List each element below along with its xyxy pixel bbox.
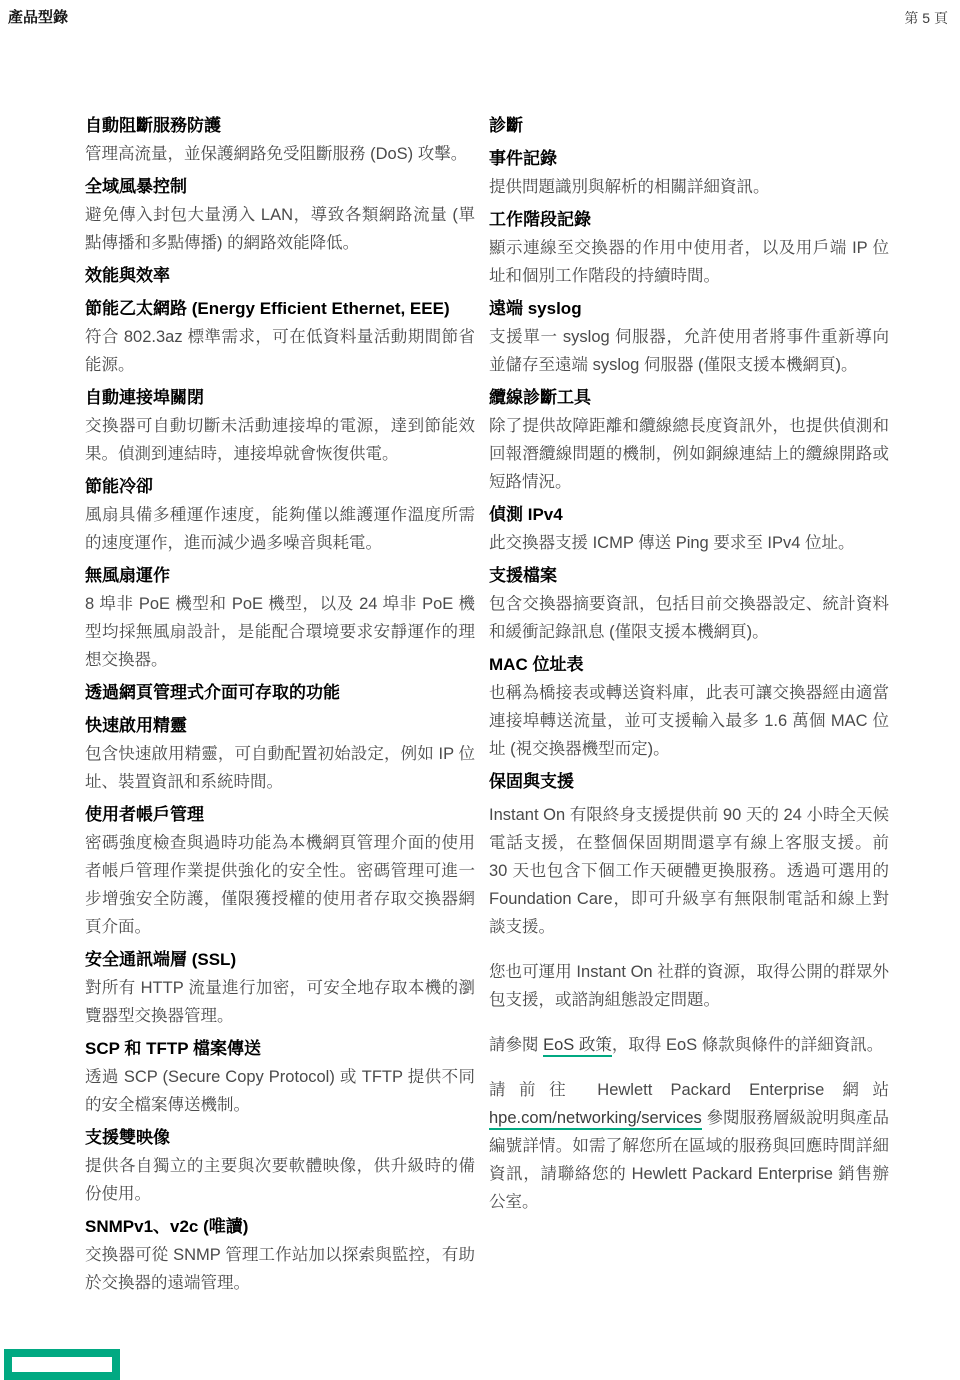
feature-heading: 事件記錄 [489,145,889,173]
feature-body: 密碼強度檢查與過時功能為本機網頁管理介面的使用者帳戶管理作業提供強化的安全性。密… [85,829,475,941]
feature-heading: 自動阻斷服務防護 [85,112,475,140]
section-heading: 保固與支援 [489,768,889,796]
feature-heading: 使用者帳戶管理 [85,801,475,829]
feature-heading: 全域風暴控制 [85,173,475,201]
feature-block: 節能冷卻 風扇具備多種運作速度，能夠僅以維護運作溫度所需的速度運作，進而減少過多… [85,473,475,557]
feature-block: 安全通訊端層 (SSL) 對所有 HTTP 流量進行加密，可安全地存取本機的瀏覽… [85,946,475,1030]
feature-heading: MAC 位址表 [489,651,889,679]
feature-body: 交換器可自動切斷未活動連接埠的電源，達到節能效果。偵測到連結時，連接埠就會恢復供… [85,412,475,468]
eos-suffix: ，取得 EoS 條款與條件的詳細資訊。 [612,1036,883,1054]
feature-heading: 自動連接埠關閉 [85,384,475,412]
feature-body: 也稱為橋接表或轉送資料庫，此表可讓交換器經由適當連接埠轉送流量，並可支援輸入最多… [489,679,889,763]
section-heading: 診斷 [489,112,889,140]
feature-block: 偵測 IPv4 此交換器支援 ICMP 傳送 Ping 要求至 IPv4 位址。 [489,501,889,557]
feature-block: 無風扇運作 8 埠非 PoE 機型和 PoE 機型，以及 24 埠非 PoE 機… [85,562,475,674]
feature-block: 全域風暴控制 避免傳入封包大量湧入 LAN，導致各類網路流量 (單點傳播和多點傳… [85,173,475,257]
feature-block: 工作階段記錄 顯示連線至交換器的作用中使用者，以及用戶端 IP 位址和個別工作階… [489,206,889,290]
eos-policy-link[interactable]: EoS 政策 [543,1036,612,1057]
feature-heading: 遠端 syslog [489,295,889,323]
feature-heading: 支援雙映像 [85,1124,475,1152]
feature-block: SCP 和 TFTP 檔案傳送 透過 SCP (Secure Copy Prot… [85,1035,475,1119]
feature-block: 自動連接埠關閉 交換器可自動切斷未活動連接埠的電源，達到節能效果。偵測到連結時，… [85,384,475,468]
feature-heading: 快速啟用精靈 [85,712,475,740]
feature-block: 支援檔案 包含交換器摘要資訊，包括目前交換器設定、統計資料和緩衝記錄訊息 (僅限… [489,562,889,646]
feature-heading: 工作階段記錄 [489,206,889,234]
feature-heading: 支援檔案 [489,562,889,590]
feature-block: 支援雙映像 提供各自獨立的主要與次要軟體映像，供升級時的備份使用。 [85,1124,475,1208]
feature-body: 對所有 HTTP 流量進行加密，可安全地存取本機的瀏覽器型交換器管理。 [85,974,475,1030]
section-heading: 透過網頁管理式介面可存取的功能 [85,679,475,707]
hpe-logo [4,1349,120,1380]
eos-paragraph: 請參閱 EoS 政策，取得 EoS 條款與條件的詳細資訊。 [489,1031,889,1059]
feature-block: 自動阻斷服務防護 管理高流量，並保護網路免受阻斷服務 (DoS) 攻擊。 [85,112,475,168]
feature-block: 使用者帳戶管理 密碼強度檢查與過時功能為本機網頁管理介面的使用者帳戶管理作業提供… [85,801,475,941]
feature-body: 包含交換器摘要資訊，包括目前交換器設定、統計資料和緩衝記錄訊息 (僅限支援本機網… [489,590,889,646]
feature-block: 遠端 syslog 支援單一 syslog 伺服器，允許使用者將事件重新導向並儲… [489,295,889,379]
feature-block: 快速啟用精靈 包含快速啟用精靈，可自動配置初始設定，例如 IP 位址、裝置資訊和… [85,712,475,796]
right-column: 診斷 事件記錄 提供問題識別與解析的相關詳細資訊。 工作階段記錄 顯示連線至交換… [489,112,889,1233]
feature-body: 風扇具備多種運作速度，能夠僅以維護運作溫度所需的速度運作，進而減少過多噪音與耗電… [85,501,475,557]
hpe-website-paragraph: 請前往 Hewlett Packard Enterprise 網站 hpe.co… [489,1076,889,1216]
feature-heading: SNMPv1、v2c (唯讀) [85,1213,475,1241]
section-heading: 效能與效率 [85,262,475,290]
feature-body: 此交換器支援 ICMP 傳送 Ping 要求至 IPv4 位址。 [489,529,889,557]
hpe-networking-services-link[interactable]: hpe.com/networking/services [489,1109,702,1130]
feature-body: 透過 SCP (Secure Copy Protocol) 或 TFTP 提供不… [85,1063,475,1119]
feature-heading: SCP 和 TFTP 檔案傳送 [85,1035,475,1063]
eos-prefix: 請參閱 [489,1036,543,1054]
left-column: 自動阻斷服務防護 管理高流量，並保護網路免受阻斷服務 (DoS) 攻擊。 全域風… [85,112,475,1302]
feature-block: MAC 位址表 也稱為橋接表或轉送資料庫，此表可讓交換器經由適當連接埠轉送流量，… [489,651,889,763]
feature-body: 提供各自獨立的主要與次要軟體映像，供升級時的備份使用。 [85,1152,475,1208]
doc-title: 產品型錄 [8,6,68,27]
feature-body: 除了提供故障距離和纜線總長度資訊外，也提供偵測和回報潛纜線問題的機制，例如銅線連… [489,412,889,496]
feature-heading: 無風扇運作 [85,562,475,590]
feature-block: 事件記錄 提供問題識別與解析的相關詳細資訊。 [489,145,889,201]
feature-body: 交換器可從 SNMP 管理工作站加以探索與監控，有助於交換器的遠端管理。 [85,1241,475,1297]
feature-heading: 安全通訊端層 (SSL) [85,946,475,974]
feature-heading: 節能冷卻 [85,473,475,501]
hpe-website-prefix: 請前往 Hewlett Packard Enterprise 網站 [489,1081,889,1099]
feature-body: 提供問題識別與解析的相關詳細資訊。 [489,173,889,201]
feature-block: SNMPv1、v2c (唯讀) 交換器可從 SNMP 管理工作站加以探索與監控，… [85,1213,475,1297]
feature-block: 纜線診斷工具 除了提供故障距離和纜線總長度資訊外，也提供偵測和回報潛纜線問題的機… [489,384,889,496]
feature-body: 管理高流量，並保護網路免受阻斷服務 (DoS) 攻擊。 [85,140,475,168]
feature-heading: 偵測 IPv4 [489,501,889,529]
feature-block: 節能乙太網路 (Energy Efficient Ethernet, EEE) … [85,295,475,379]
feature-heading: 節能乙太網路 (Energy Efficient Ethernet, EEE) [85,295,475,323]
community-paragraph: 您也可運用 Instant On 社群的資源，取得公開的群眾外包支援，或諮詢組態… [489,958,889,1014]
feature-body: 避免傳入封包大量湧入 LAN，導致各類網路流量 (單點傳播和多點傳播) 的網路效… [85,201,475,257]
page-number: 第 5 頁 [904,8,948,28]
feature-body: 包含快速啟用精靈，可自動配置初始設定，例如 IP 位址、裝置資訊和系統時間。 [85,740,475,796]
feature-heading: 纜線診斷工具 [489,384,889,412]
page-content: 自動阻斷服務防護 管理高流量，並保護網路免受阻斷服務 (DoS) 攻擊。 全域風… [85,112,889,1302]
feature-body: 符合 802.3az 標準需求，可在低資料量活動期間節省能源。 [85,323,475,379]
feature-body: 顯示連線至交換器的作用中使用者，以及用戶端 IP 位址和個別工作階段的持續時間。 [489,234,889,290]
feature-body: 支援單一 syslog 伺服器，允許使用者將事件重新導向並儲存至遠端 syslo… [489,323,889,379]
support-paragraph: Instant On 有限終身支援提供前 90 天的 24 小時全天候電話支援，… [489,801,889,941]
feature-body: 8 埠非 PoE 機型和 PoE 機型，以及 24 埠非 PoE 機型均採無風扇… [85,590,475,674]
